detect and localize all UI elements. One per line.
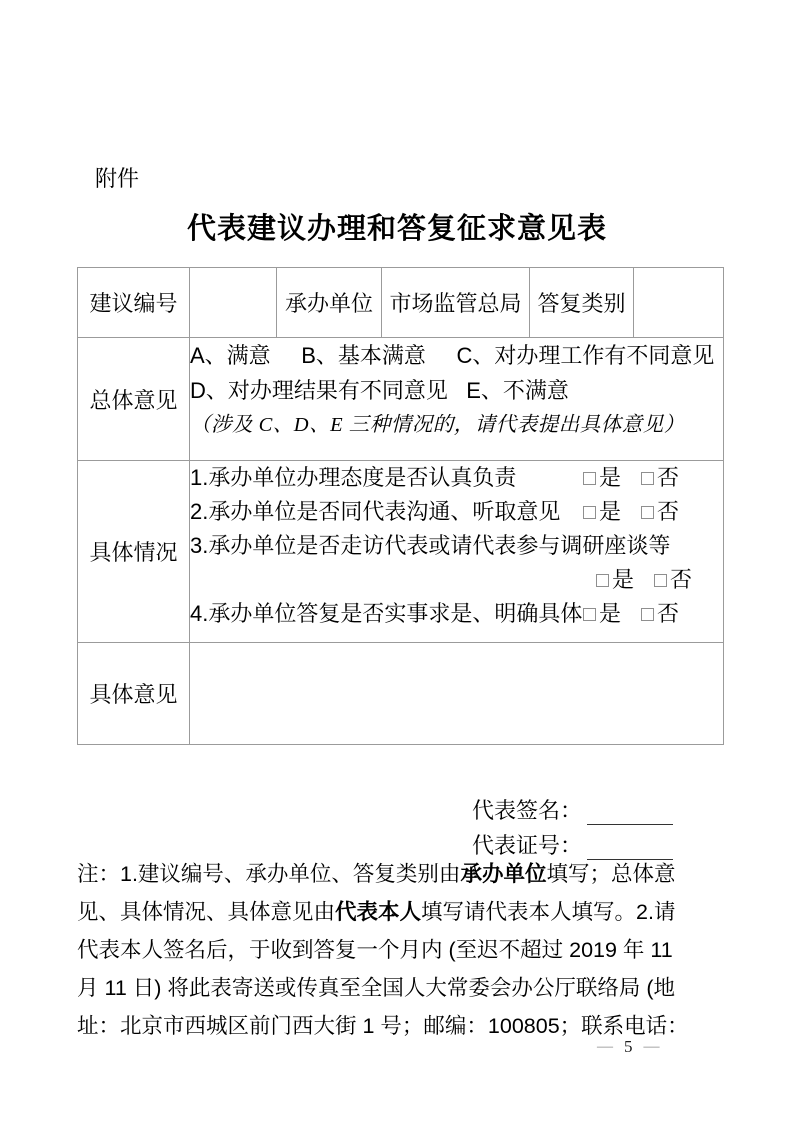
situation-row: 具体情况 1.承办单位办理态度是否认真负责 是 否 2.承办单位是否同代表沟通、… xyxy=(78,461,724,643)
field-label-handling-unit: 承办单位 xyxy=(277,268,382,338)
checkbox-icon xyxy=(641,472,654,485)
situation-item-4-text: 4.承办单位答复是否实事求是、明确具体 xyxy=(190,597,582,631)
situation-item-3-text: 3.承办单位是否走访代表或请代表参与调研座谈等 xyxy=(190,529,670,563)
footnote-bold-representative: 代表本人 xyxy=(335,900,421,924)
suggestion-number-value-cell xyxy=(190,268,277,338)
header-row: 建议编号 承办单位 市场监管总局 答复类别 xyxy=(78,268,724,338)
overall-options-line1: A、满意 B、基本满意 C、对办理工作有不同意见 xyxy=(190,338,723,373)
checkbox-option-yes: 是 xyxy=(596,563,634,597)
yes-label: 是 xyxy=(599,597,621,631)
checkbox-icon xyxy=(583,472,596,485)
comment-row: 具体意见 xyxy=(78,643,724,745)
page-number-dash-right: — xyxy=(644,1038,660,1056)
opinion-form-table: 建议编号 承办单位 市场监管总局 答复类别 总体意见 A、满意 B、基本满意 C… xyxy=(77,267,724,745)
field-label-suggestion-number: 建议编号 xyxy=(78,268,190,338)
overall-opinion-content: A、满意 B、基本满意 C、对办理工作有不同意见 D、对办理结果有不同意见 E、… xyxy=(190,338,724,461)
checkbox-option-no: 否 xyxy=(641,495,679,529)
no-label: 否 xyxy=(657,495,679,529)
overall-options-line2: D、对办理结果有不同意见 E、不满意 xyxy=(190,373,723,408)
situation-item-2-text: 2.承办单位是否同代表沟通、听取意见 xyxy=(190,495,560,529)
signature-name-line: 代表签名： xyxy=(472,790,673,825)
situation-content: 1.承办单位办理态度是否认真负责 是 否 2.承办单位是否同代表沟通、听取意见 … xyxy=(190,461,724,643)
checkbox-option-yes: 是 xyxy=(583,461,621,495)
row-label-comment: 具体意见 xyxy=(78,643,190,745)
page-number-dash-left: — xyxy=(597,1038,613,1056)
situation-item-3-options-line: 是 否 xyxy=(190,563,723,597)
footnote-line-3: 代表本人签名后，于收到答复一个月内 (至迟不超过 2019 年 11 xyxy=(77,931,729,969)
yes-label: 是 xyxy=(599,461,621,495)
checkbox-icon xyxy=(654,574,667,587)
checkbox-option-yes: 是 xyxy=(583,597,621,631)
checkbox-icon xyxy=(583,608,596,621)
page-number: — 5 — xyxy=(597,1037,660,1057)
overall-opinion-note: （涉及 C、D、E 三种情况的，请代表提出具体意见） xyxy=(190,408,723,443)
footnote-line-4: 月 11 日) 将此表寄送或传真至全国人大常委会办公厅联络局 (地 xyxy=(77,969,729,1007)
signature-block: 代表签名： 代表证号： xyxy=(472,790,673,860)
situation-item-2: 2.承办单位是否同代表沟通、听取意见 是 否 xyxy=(190,495,723,529)
checkbox-option-no: 否 xyxy=(654,563,692,597)
checkbox-icon xyxy=(641,608,654,621)
yes-no-options-1: 是 否 xyxy=(583,461,679,495)
checkbox-icon xyxy=(641,506,654,519)
situation-item-1-text: 1.承办单位办理态度是否认真负责 xyxy=(190,461,516,495)
reply-category-value-cell xyxy=(634,268,724,338)
yes-no-options-2: 是 否 xyxy=(583,495,679,529)
row-label-overall-opinion: 总体意见 xyxy=(78,338,190,461)
situation-item-3: 3.承办单位是否走访代表或请代表参与调研座谈等 xyxy=(190,529,723,563)
checkbox-icon xyxy=(596,574,609,587)
no-label: 否 xyxy=(670,563,692,597)
yes-no-options-4: 是 否 xyxy=(583,597,679,631)
document-page: 附件 代表建议办理和答复征求意见表 建议编号 承办单位 市场监管总局 答复类别 … xyxy=(0,0,794,1123)
attachment-label: 附件 xyxy=(95,162,139,193)
comment-value-cell xyxy=(190,643,724,745)
yes-no-options-3: 是 否 xyxy=(596,563,692,597)
checkbox-icon xyxy=(583,506,596,519)
checkbox-option-yes: 是 xyxy=(583,495,621,529)
footnote-bold-handling-unit: 承办单位 xyxy=(460,862,546,886)
footnote-text: 注：1.建议编号、承办单位、答复类别由 xyxy=(77,862,460,886)
footnote-line-1: 注：1.建议编号、承办单位、答复类别由承办单位填写；总体意 xyxy=(77,855,729,893)
page-number-value: 5 xyxy=(624,1037,633,1057)
checkbox-option-no: 否 xyxy=(641,597,679,631)
overall-opinion-row: 总体意见 A、满意 B、基本满意 C、对办理工作有不同意见 D、对办理结果有不同… xyxy=(78,338,724,461)
situation-item-1: 1.承办单位办理态度是否认真负责 是 否 xyxy=(190,461,723,495)
footnote: 注：1.建议编号、承办单位、答复类别由承办单位填写；总体意 见、具体情况、具体意… xyxy=(77,855,729,1045)
field-label-reply-category: 答复类别 xyxy=(530,268,634,338)
footnote-text: 填写；总体意 xyxy=(546,862,675,886)
yes-label: 是 xyxy=(599,495,621,529)
yes-label: 是 xyxy=(612,563,634,597)
footnote-text: 见、具体情况、具体意见由 xyxy=(77,900,335,924)
footnote-line-2: 见、具体情况、具体意见由代表本人填写请代表本人填写。2.请 xyxy=(77,893,729,931)
situation-item-4: 4.承办单位答复是否实事求是、明确具体 是 否 xyxy=(190,597,723,631)
page-title: 代表建议办理和答复征求意见表 xyxy=(0,206,794,247)
no-label: 否 xyxy=(657,597,679,631)
handling-unit-value: 市场监管总局 xyxy=(382,268,530,338)
no-label: 否 xyxy=(657,461,679,495)
footnote-text: 填写请代表本人填写。2.请 xyxy=(421,900,675,924)
signature-name-label: 代表签名： xyxy=(472,794,582,825)
checkbox-option-no: 否 xyxy=(641,461,679,495)
signature-name-blank xyxy=(587,797,673,825)
row-label-situation: 具体情况 xyxy=(78,461,190,643)
